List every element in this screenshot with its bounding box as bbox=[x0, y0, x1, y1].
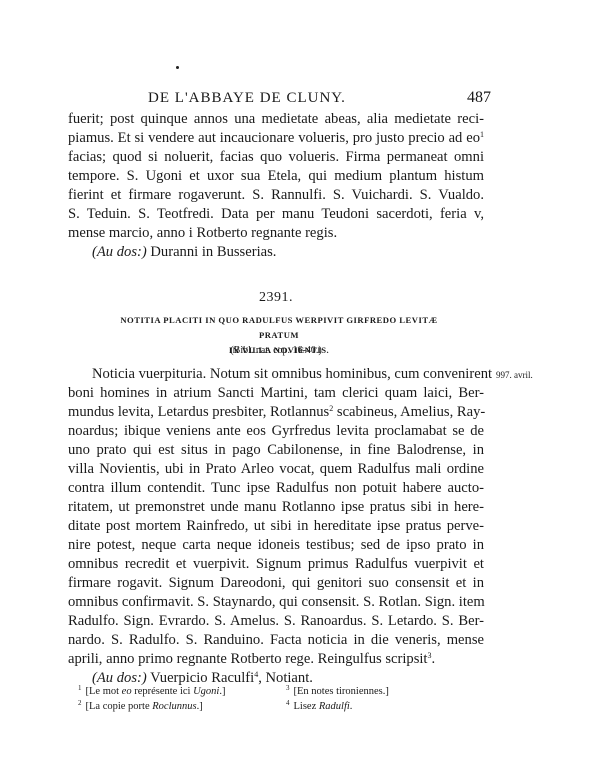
running-head: DE L'ABBAYE DE CLUNY. 487 bbox=[68, 88, 488, 108]
footnote-1: 1[Le mot eo représente ici Ugoni.] bbox=[78, 684, 225, 699]
charter-number: 2391. bbox=[68, 290, 484, 306]
endorsement-label: (Au dos:) bbox=[92, 244, 147, 260]
text-line: S. Teduin. S. Teotfredi. Data per manu T… bbox=[68, 205, 484, 224]
text-line: piamus. Et si vendere aut incaucionare v… bbox=[68, 129, 484, 148]
text-line: fuerit; post quinque annos una medietate… bbox=[68, 110, 484, 129]
page-number: 487 bbox=[467, 89, 491, 107]
footnote-2: 2[La copie porte Roclunnus.] bbox=[78, 699, 203, 714]
text-line: uno prato qui est situs in pago Cabilone… bbox=[68, 441, 484, 460]
text-line: fierint et firmare rogaverunt. S. Rannul… bbox=[68, 186, 484, 205]
text-line: nire potest, neque carta neque idoneis t… bbox=[68, 536, 484, 555]
text-line: omnibus recredit et vuerpivit. Signum pr… bbox=[68, 555, 484, 574]
text-line: contra illum contendit. Tunc ipse Radulf… bbox=[68, 479, 484, 498]
text-line: nardo. S. Radulfo. S. Randuino. Facta no… bbox=[68, 631, 484, 650]
running-title: DE L'ABBAYE DE CLUNY. bbox=[68, 90, 426, 107]
scan-speck bbox=[176, 66, 179, 69]
text-line: facias; quod si noluerit, facias quo vol… bbox=[68, 148, 484, 167]
text-line: tempore. S. Ugoni et uxor sua Etela, qui… bbox=[68, 167, 484, 186]
text-line: mense marcio, anno i Rotberto regnante r… bbox=[68, 224, 484, 243]
charter-source: (Bibl. nat. cop. 16-40.) bbox=[68, 345, 484, 356]
text-line: mundus levita, Letardus presbiter, Rotla… bbox=[68, 403, 484, 422]
text-line: omnibus confirmavit. S. Staynardo, qui c… bbox=[68, 593, 484, 612]
footnote-3: 3[En notes tironiennes.] bbox=[286, 684, 389, 699]
text-line: villa Novientis, ubi in Prato Arleo voca… bbox=[68, 460, 484, 479]
footnote-4: 4Lisez Radulfi. bbox=[286, 699, 352, 714]
margin-date: 997. avril. bbox=[496, 370, 533, 380]
endorsement-line: (Au dos:) Duranni in Busserias. bbox=[68, 243, 484, 262]
text-line: noardus; ibique veniens ante eos Gyrfred… bbox=[68, 422, 484, 441]
text-line: ritatem, ut premonstret unde manu Rotlan… bbox=[68, 498, 484, 517]
footnote-ref[interactable]: 1 bbox=[480, 130, 484, 139]
charter-text: Noticia vuerpituria. Notum sit omnibus h… bbox=[68, 365, 484, 688]
previous-charter-text: fuerit; post quinque annos una medietate… bbox=[68, 110, 484, 262]
text-line: Radulfo. Sign. Evrardo. S. Amelus. S. Ra… bbox=[68, 612, 484, 631]
text-line: Noticia vuerpituria. Notum sit omnibus h… bbox=[68, 365, 484, 384]
text-line: firmare rogavit. Signum Dareodoni, qui g… bbox=[68, 574, 484, 593]
text-line: aprili, anno primo regnante Rotberto reg… bbox=[68, 650, 484, 669]
text-line: ditate post mortem Rainfredo, ut sibi in… bbox=[68, 517, 484, 536]
text-line: boni homines in atrium Sancti Martini, t… bbox=[68, 384, 484, 403]
